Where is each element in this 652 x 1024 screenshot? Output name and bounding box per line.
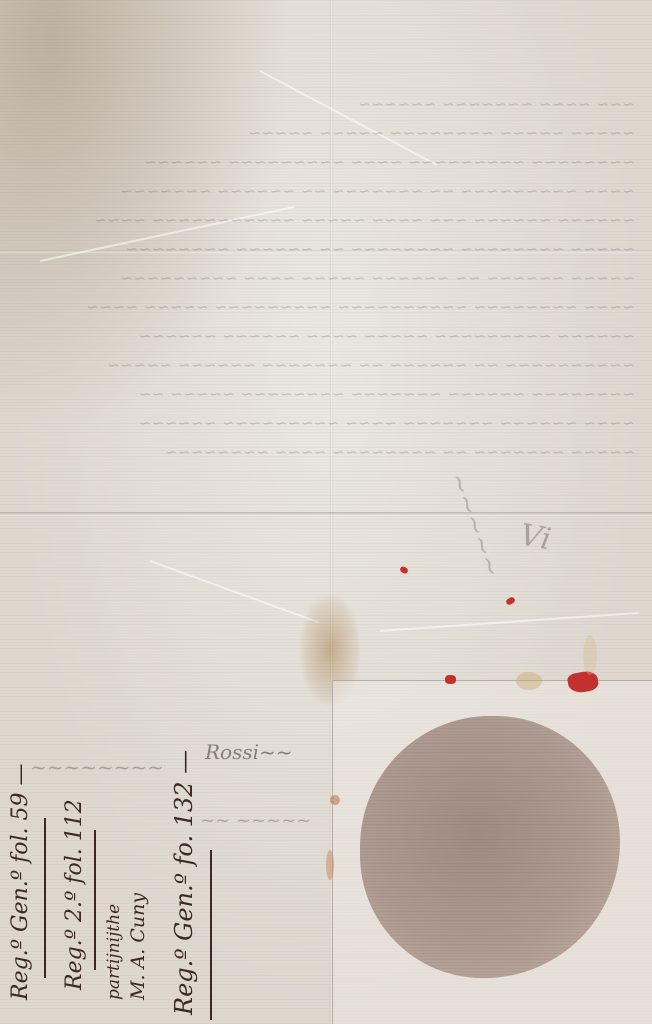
- wax-fragment: [445, 675, 456, 684]
- faint-note: Rossi~~: [205, 740, 293, 764]
- bleed-line: ~~~ ~~~~ ~~~~~~~ ~~~~~~: [25, 90, 635, 119]
- bleed-through-text: ~~~ ~~~~ ~~~~~~~ ~~~~~~ ~~~~~ ~~~~~ ~~~~…: [25, 90, 635, 467]
- faint-note: Vi: [517, 518, 553, 558]
- annotation-rule: [44, 818, 46, 978]
- bleed-line: ~~~~~ ~~~~~ ~~~~~~~~ ~~~~~ ~~~~~: [25, 119, 635, 148]
- annotation-note-line-2: M. A. Cuny: [127, 893, 149, 1000]
- bleed-line: ~~~~ ~~~~~~~~~ ~~ ~~~~~~~ ~~ ~~~~~~ ~~~~…: [25, 177, 635, 206]
- bleed-line: ~~~~~~ ~~~~~~~~~ ~~~~~ ~~~~ ~~~~~~ ~~~~~…: [25, 322, 635, 351]
- annotation-rule: [210, 850, 212, 1020]
- bleed-line: ~~~~~ ~~~~~~~ ~~ ~~~~~~~~ ~~~~ ~~~~~~~~: [25, 438, 635, 467]
- paper-crease: [380, 612, 640, 632]
- rust-spot: [330, 795, 340, 805]
- bleed-line: ~~~~~~ ~~~~~~ ~~~ ~~~~ ~~~~~ ~~~~~~~~~~~…: [25, 206, 635, 235]
- bleed-line: ~~~~~~~~ ~~~~~~~~~ ~~~~ ~~~~~~~~~ ~~~~~~: [25, 148, 635, 177]
- annotation-register-second-112: Reg.º 2.º fol. 112: [62, 799, 87, 990]
- wax-residue: [516, 672, 542, 690]
- bleed-line: ~~~~ ~~~~~~ ~~~~~~~ ~~~~ ~~~~~~~~~ ~~~~~…: [25, 409, 635, 438]
- bleed-line: ~~~~~ ~~~~~~ ~~ ~~~~~~ ~~~~~ ~~~~ ~~~~~~…: [25, 264, 635, 293]
- annotation-note-line-1: partijnijthe: [104, 904, 124, 1000]
- wax-fragment: [399, 565, 409, 574]
- bleed-line: ~~~~ ~~~~~~~~ ~~~~~~~~~~ ~~~~~~~~~ ~~~~~…: [25, 293, 635, 322]
- bleed-line: ~~~~~~~~ ~~~~~~ ~~~~~~~ ~~~~~~~~ ~~~~~ ~…: [25, 380, 635, 409]
- annotation-register-general-132: Reg.º Gen.º fo. 132 —: [170, 750, 198, 1015]
- bleed-line: ~~~~~~~~~~ ~~ ~~~~~~ ~~ ~~~~~~~ ~~~~~~ ~…: [25, 351, 635, 380]
- annotation-register-general-59: Reg.º Gen.º fol. 59 —: [8, 764, 33, 1001]
- wax-residue: [583, 635, 597, 675]
- paper-crease: [150, 560, 320, 623]
- bleed-through-signature: ~~~~~: [442, 469, 507, 582]
- rust-spot: [326, 850, 334, 880]
- horizontal-fold-line-middle: [0, 512, 652, 516]
- faint-note: ~~ ~~~~~: [200, 810, 311, 831]
- document-page: ~~~ ~~~~ ~~~~~~~ ~~~~~~ ~~~~~ ~~~~~ ~~~~…: [0, 0, 652, 1024]
- wax-fragment: [505, 596, 516, 606]
- faint-note: ~~~~~~~~: [30, 755, 164, 779]
- annotation-rule: [94, 830, 96, 970]
- bleed-line: ~~~~~ ~~~~~~~~ ~~~~~~~~ ~~ ~~~~~~ ~~~~~~…: [25, 235, 635, 264]
